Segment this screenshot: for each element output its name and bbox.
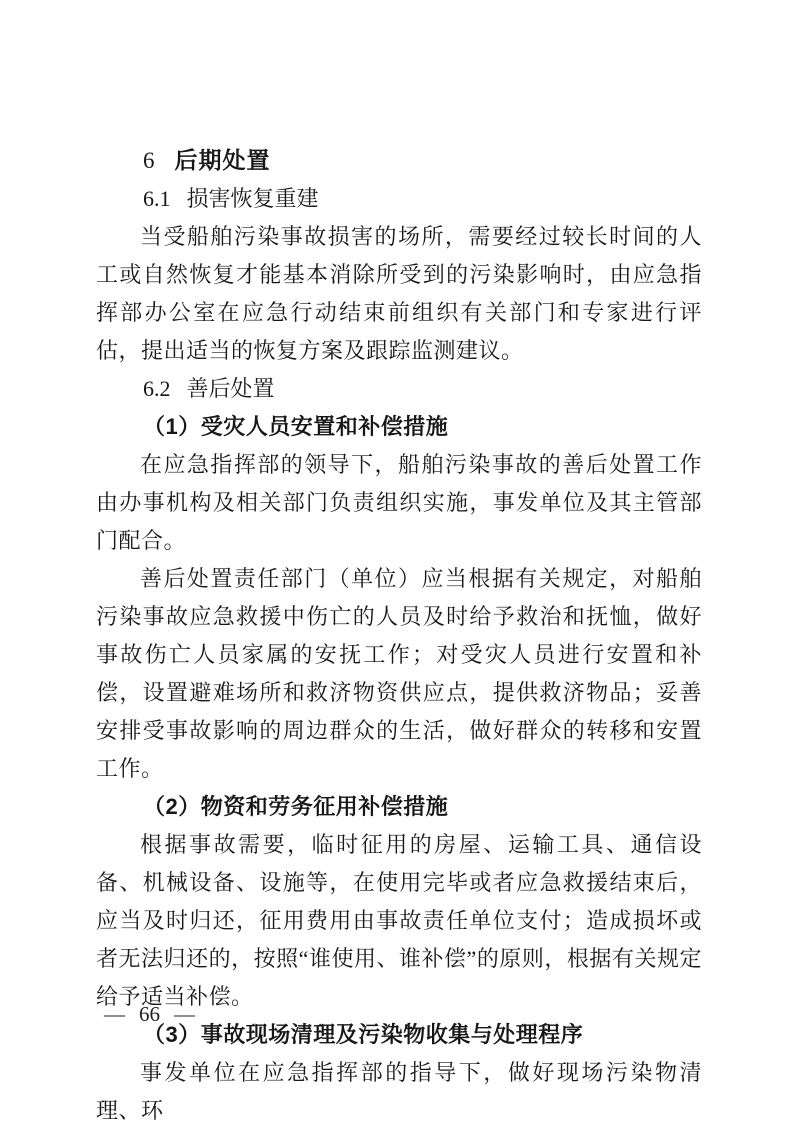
paragraph-resettlement-2: 善后处置责任部门（单位）应当根据有关规定，对船舶污染事故应急救援中伤亡的人员及时… xyxy=(96,560,702,788)
section-heading-6-2: 6.2善后处置 xyxy=(96,370,702,408)
section-number: 6.2 xyxy=(143,376,171,401)
document-body: 6后期处置 6.1损害恢复重建 当受船舶污染事故损害的场所，需要经过较长时间的人… xyxy=(96,141,702,1122)
section-heading-6-1: 6.1损害恢复重建 xyxy=(96,180,702,218)
section-title: 后期处置 xyxy=(175,147,271,173)
page-number: 66 xyxy=(139,1002,160,1027)
paragraph-damage-recovery: 当受船舶污染事故损害的场所，需要经过较长时间的人工或自然恢复才能基本消除所受到的… xyxy=(96,218,702,370)
section-number: 6 xyxy=(143,148,155,173)
page-footer: —66— xyxy=(104,1002,195,1027)
section-number: 6.1 xyxy=(143,186,171,211)
paragraph-resettlement-1: 在应急指挥部的领导下，船舶污染事故的善后处置工作由办事机构及相关部门负责组织实施… xyxy=(96,446,702,560)
subsection-heading-2: （2）物资和劳务征用补偿措施 xyxy=(96,788,702,826)
paragraph-requisition-compensation: 根据事故需要，临时征用的房屋、运输工具、通信设备、机械设备、设施等，在使用完毕或… xyxy=(96,826,702,1016)
section-title: 善后处置 xyxy=(187,376,275,401)
section-heading-6: 6后期处置 xyxy=(96,141,702,180)
section-title: 损害恢复重建 xyxy=(187,186,319,211)
paragraph-scene-cleanup: 事发单位在应急指挥部的指导下，做好现场污染物清理、环 xyxy=(96,1054,702,1122)
document-page: 6后期处置 6.1损害恢复重建 当受船舶污染事故损害的场所，需要经过较长时间的人… xyxy=(0,0,793,1122)
subsection-heading-1: （1）受灾人员安置和补偿措施 xyxy=(96,408,702,446)
footer-dash-right: — xyxy=(174,1002,195,1027)
footer-dash-left: — xyxy=(104,1002,125,1027)
